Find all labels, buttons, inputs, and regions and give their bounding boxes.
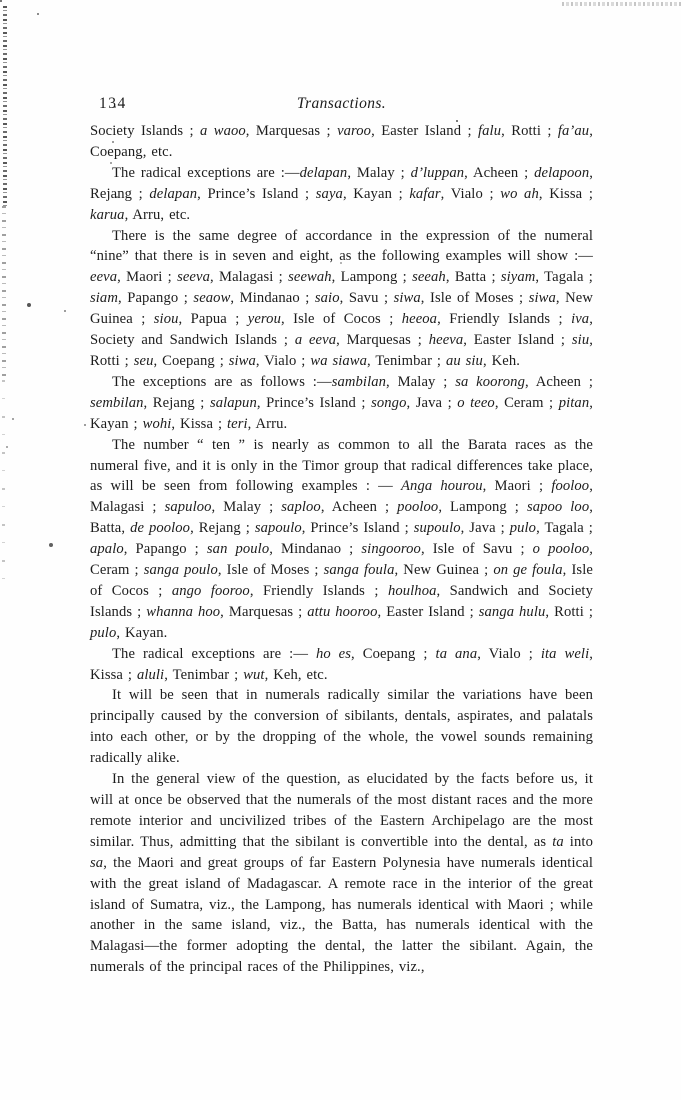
text-run: , Tenimbar ; [367,353,446,369]
text-run: , Keh. [483,353,520,369]
native-word: seu [134,353,154,369]
native-word: au siu [446,353,483,369]
running-head: 134 Transactions. [90,95,593,117]
native-word: heeoa [402,311,437,327]
text-run: , Malagasi ; [210,269,288,285]
native-word: ta ana [436,646,478,662]
native-word: whanna hoo [146,604,220,620]
native-word: wohi [143,416,172,432]
text-run: , Kayan ; [343,186,409,202]
text-run: , Prince’s Island ; [197,186,316,202]
native-word: san poulo [207,541,269,557]
text-run: , Coepang ; [153,353,228,369]
text-run: , Isle of Savu ; [421,541,533,557]
text-run: , Arru, etc. [125,207,191,223]
native-word: sa koorong [455,374,525,390]
text-run: , Malay ; [347,165,410,181]
text-run: , Tagala ; [536,520,593,536]
native-word: pooloo [397,499,438,515]
text-run: , Kissa ; [539,186,593,202]
text-run: , Marquesas ; [246,123,337,139]
native-word: delapan [149,186,197,202]
text-run: , Vialo ; [441,186,501,202]
native-word: siwa [394,290,421,306]
text-run: , Arru. [248,416,288,432]
native-word: ita weli [541,646,589,662]
paragraph: Society Islands ; a waoo, Marquesas ; va… [90,121,593,163]
text-run: , Tagala ; [535,269,593,285]
native-word: eeva [90,269,117,285]
text-run: There is the same degree of accordance i… [90,228,593,265]
text-run: Society Islands ; [90,123,200,139]
text-run: , Papango ; [124,541,207,557]
native-word: o teeo [457,395,495,411]
text-run: , Easter Island ; [377,604,478,620]
text-run: , Easter Island ; [371,123,478,139]
text-run: It will be seen that in numerals radical… [90,687,593,766]
text-run: , Java ; [461,520,510,536]
text-run: , Mindanao ; [230,290,314,306]
native-word: fa’au [558,123,589,139]
native-word: yerou [248,311,281,327]
text-block: Society Islands ; a waoo, Marquesas ; va… [90,121,593,978]
text-run: into [564,834,593,850]
native-word: siu [572,332,589,348]
native-word: teri [227,416,248,432]
native-word: on ge foula [493,562,562,578]
native-word: siou [154,311,179,327]
native-word: singooroo [361,541,421,557]
native-word: sapuloo [165,499,212,515]
text-run: , the Maori and great groups of far East… [90,855,593,976]
paragraph: The radical exceptions are :— ho es, Coe… [90,644,593,686]
native-word: seewah [288,269,332,285]
text-run: , Papua ; [179,311,248,327]
native-word: sapoo loo [527,499,589,515]
paragraph: The number “ ten ” is nearly as common t… [90,435,593,644]
native-word: songo [371,395,406,411]
native-word: supoulo [414,520,461,536]
running-title: Transactions. [90,95,593,113]
native-word: a eeva [295,332,336,348]
native-word: varoo [337,123,371,139]
native-word: pitan [559,395,590,411]
paragraph: The exceptions are as follows :—sambilan… [90,372,593,435]
native-word: saploo [281,499,321,515]
native-word: saio [315,290,340,306]
native-word: heeva [429,332,464,348]
text-run: , Savu ; [340,290,394,306]
native-word: seaow [193,290,230,306]
paragraph: In the general view of the question, as … [90,769,593,978]
native-word: siwa [229,353,256,369]
text-run: , Isle of Moses ; [218,562,324,578]
text-run: , Maori ; [117,269,177,285]
native-word: seeva [177,269,210,285]
native-word: saya [316,186,343,202]
text-run: , Java ; [406,395,457,411]
text-run: , Marquesas ; [336,332,429,348]
text-run: , Malay ; [386,374,455,390]
native-word: sanga poulo [144,562,218,578]
native-word: d’luppan [411,165,465,181]
text-run: The exceptions are as follows :— [112,374,332,390]
text-run: , Vialo ; [256,353,310,369]
scan-noise-top-right [562,2,681,6]
native-word: attu hooroo [307,604,377,620]
text-run: , Rejang ; [144,395,210,411]
native-word: a waoo [200,123,246,139]
text-run: , Easter Island ; [463,332,572,348]
native-word: siam [90,290,118,306]
text-run: , Coepang ; [351,646,436,662]
text-run: , Marquesas ; [220,604,307,620]
text-run: , Papango ; [118,290,193,306]
text-run: , Ceram ; [495,395,559,411]
native-word: seeah [412,269,446,285]
native-word: sambilan [332,374,386,390]
native-word: apalo [90,541,124,557]
native-word: wut [243,667,264,683]
text-run: , Rotti ; [501,123,558,139]
text-run: , Acheen ; [464,165,534,181]
native-word: salapun [210,395,257,411]
native-word: ango fooroo [172,583,250,599]
text-run: , Lampong ; [438,499,527,515]
native-word: ho es [316,646,351,662]
text-run: , Prince’s Island ; [257,395,371,411]
text-run: , Kissa ; [171,416,227,432]
text-run: , Friendly Islands ; [437,311,571,327]
text-run: , Lampong ; [332,269,412,285]
native-word: delapoon [534,165,589,181]
text-run: The radical exceptions are :— [112,646,316,662]
scan-ink-specks [0,0,2,2]
text-run: , Isle of Cocos ; [281,311,402,327]
paragraph: It will be seen that in numerals radical… [90,685,593,769]
text-run: , Kayan. [116,625,167,641]
text-run: , Tenimbar ; [164,667,243,683]
native-word: sanga hulu [479,604,546,620]
native-word: pulo [90,625,116,641]
native-word: ta [552,834,564,850]
native-word: Anga hourou [401,478,483,494]
text-run: , Mindanao ; [269,541,361,557]
text-run: , Acheen ; [525,374,593,390]
native-word: karua [90,207,125,223]
native-word: aluli [137,667,164,683]
text-run: , Prince’s Island ; [302,520,414,536]
text-run: The radical exceptions are :— [112,165,300,181]
text-run: , Isle of Moses ; [421,290,529,306]
text-run: , Maori ; [483,478,552,494]
text-run: , Rejang ; [190,520,255,536]
native-word: wo ah [500,186,539,202]
scan-noise-left-edge-lower [2,380,5,580]
native-word: siyam [501,269,536,285]
native-word: iva [571,311,589,327]
text-run: , Vialo ; [477,646,541,662]
paragraph: The radical exceptions are :—delapan, Ma… [90,163,593,226]
paragraph: There is the same degree of accordance i… [90,226,593,372]
native-word: wa siawa [310,353,367,369]
native-word: kafar [409,186,440,202]
native-word: siwa [529,290,556,306]
text-run: , Batta ; [446,269,501,285]
text-run: , Acheen ; [321,499,397,515]
text-run: , Keh, etc. [265,667,328,683]
text-run: , Malay ; [212,499,282,515]
native-word: sa [90,855,103,871]
native-word: de pooloo [130,520,190,536]
native-word: pulo [510,520,536,536]
text-run: , Rotti ; [545,604,593,620]
scan-noise-left-edge-middle [2,206,6,376]
native-word: sembilan [90,395,144,411]
scanned-book-page: 134 Transactions. Society Islands ; a wa… [0,0,681,1100]
native-word: sapoulo [255,520,302,536]
text-run: , Friendly Islands ; [250,583,388,599]
native-word: houlhoa [388,583,437,599]
native-word: sanga foula [324,562,395,578]
native-word: fooloo [551,478,589,494]
native-word: o pooloo [533,541,590,557]
scan-noise-left-edge-top [3,6,7,206]
native-word: delapan [300,165,348,181]
text-run: In the general view of the question, as … [90,771,593,850]
native-word: falu [478,123,501,139]
text-run: , New Guinea ; [395,562,494,578]
